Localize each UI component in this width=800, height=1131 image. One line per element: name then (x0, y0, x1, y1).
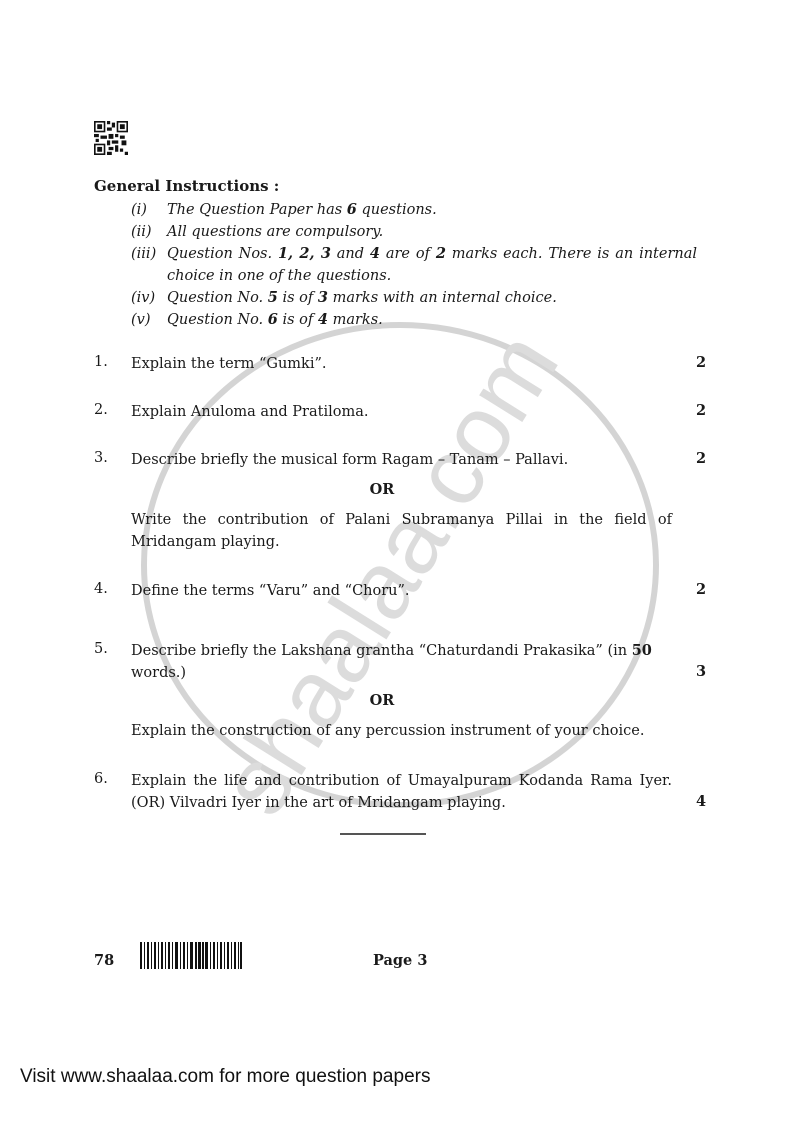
marks: 2 (696, 450, 706, 467)
qr-code-icon (94, 121, 128, 155)
end-rule (340, 833, 426, 835)
page-number: Page 3 (373, 952, 427, 969)
marks: 3 (696, 663, 706, 680)
marks: 2 (696, 581, 706, 598)
marks: 2 (696, 354, 706, 371)
marks: 4 (696, 793, 706, 810)
promo-banner[interactable]: Visit www.shaalaa.com for more question … (20, 1066, 430, 1088)
marks: 2 (696, 402, 706, 419)
barcode-icon (140, 942, 242, 969)
or-label: OR (0, 481, 764, 498)
general-instructions-title: General Instructions : (94, 177, 279, 195)
paper-code: 78 (94, 952, 114, 969)
or-label: OR (0, 692, 764, 709)
svg-text:shaalaa.com: shaalaa.com (200, 314, 579, 832)
question-paper-page: shaalaa.com General Instructions : (i) T… (0, 0, 800, 1131)
